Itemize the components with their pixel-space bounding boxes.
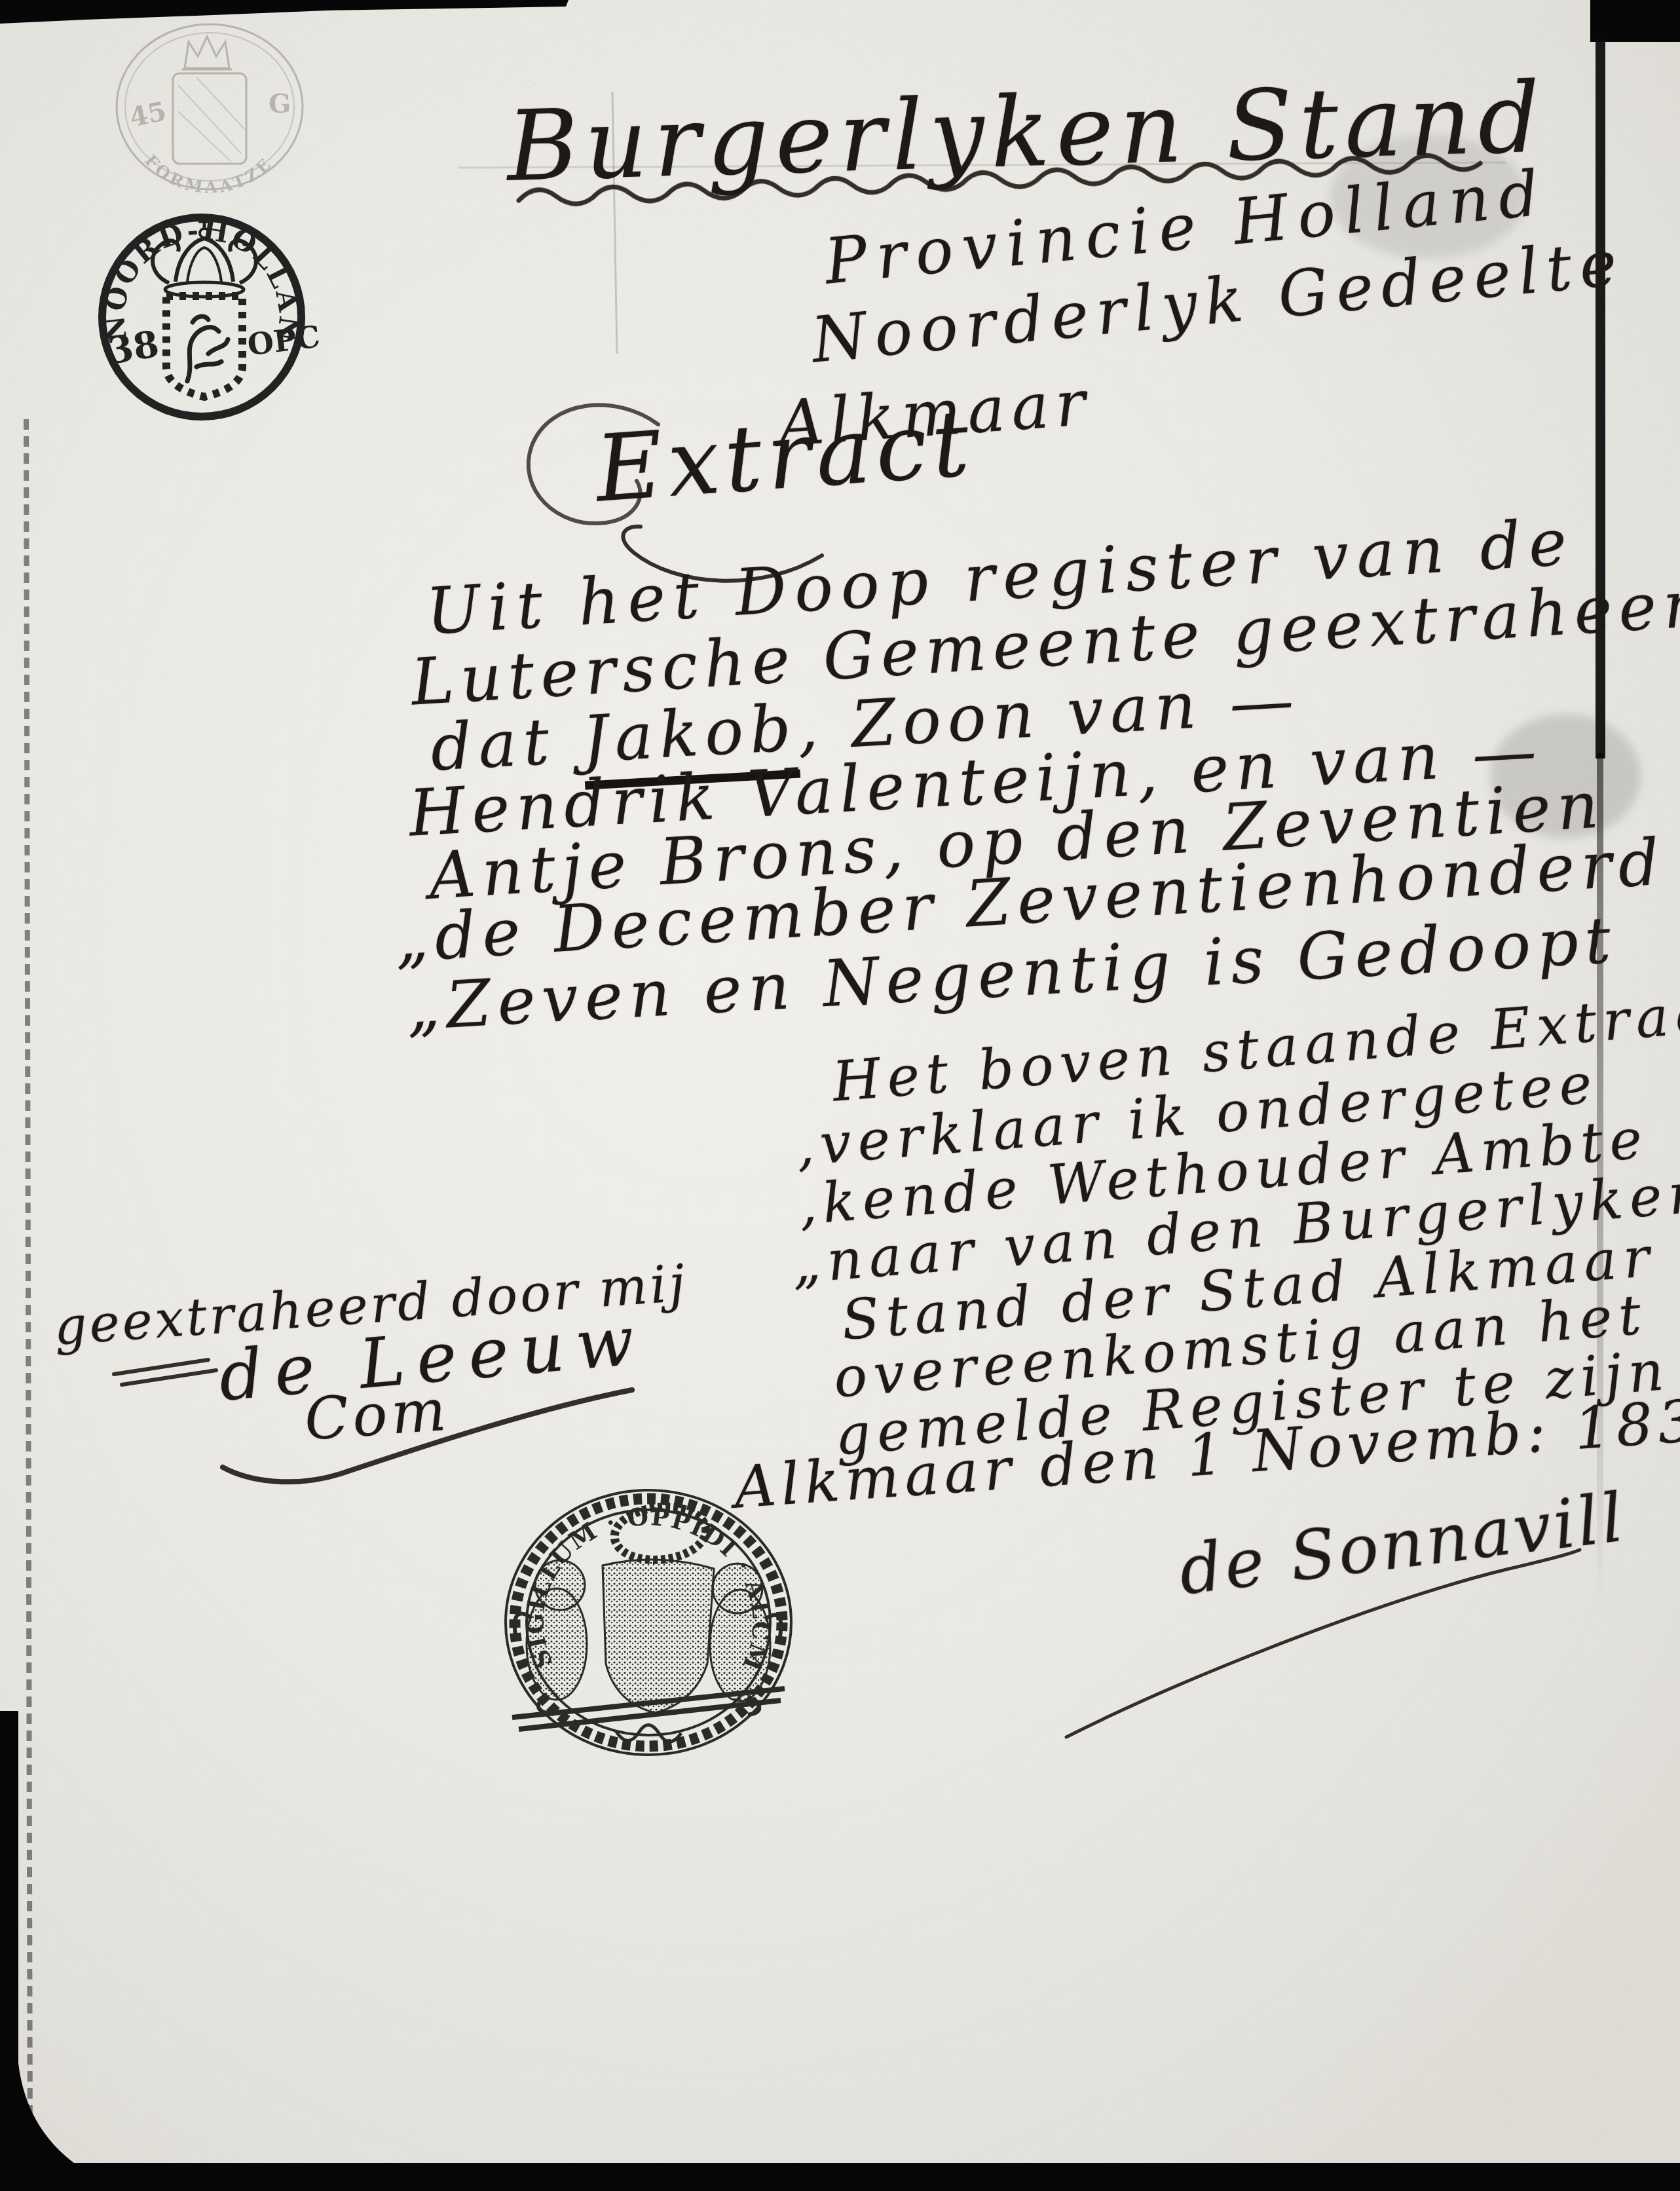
section-heading-extract: Extract — [593, 398, 977, 516]
margin-note-double-dash — [114, 1360, 216, 1385]
svg-text:FORMAATZEGEL: FORMAATZEGEL — [0, 0, 276, 197]
scan-edge-top-right-corner — [1590, 0, 1680, 42]
seal-shield-icon — [603, 1560, 714, 1713]
seal-wreath-icon — [612, 1503, 709, 1564]
revenue-stamp-right-value: OPC — [246, 318, 322, 362]
revenue-stamp-left-value: 38 — [105, 322, 162, 373]
seal-ribbon-squiggle — [616, 1725, 681, 1742]
seal-rope-ring — [515, 1499, 782, 1746]
revenue-stamp-crown-icon — [153, 216, 256, 297]
margin-note-line-3: Com — [303, 1381, 451, 1449]
svg-text:NOORD-HOLLAND:: NOORD-HOLLAND: — [0, 0, 305, 346]
scan-edge-bottom-band — [0, 2163, 1680, 2191]
scan-edge-bottom-left-corner — [0, 2063, 128, 2191]
revenue-stamp-shield-icon — [166, 296, 242, 397]
seal-left-lion-icon — [515, 1560, 587, 1713]
embossed-format-stamp: 45 G FORMAATZEGEL — [0, 0, 303, 197]
official-signature: de Sonnavill — [1176, 1485, 1629, 1606]
embossed-stamp-left-value: 45 — [127, 96, 169, 134]
embossed-stamp-arc-text: FORMAATZEGEL — [0, 0, 276, 197]
seal-right-lion-icon — [710, 1564, 781, 1715]
scan-edge-right-line — [1596, 38, 1605, 758]
revenue-stamp-arc-text: NOORD-HOLLAND: — [0, 0, 305, 346]
scan-edge-top-left — [0, 0, 569, 24]
embossed-shield-icon — [173, 73, 246, 164]
noord-holland-revenue-stamp: NOORD-HOLLAND: 38 OPC — [0, 0, 322, 417]
scan-edge-left-band — [0, 1711, 18, 2191]
scan-edge-left-line — [26, 419, 30, 2162]
scanned-document-page: 45 G FORMAATZEGEL NOORD-HOLLAND: 38 OPC — [0, 0, 1680, 2191]
embossed-stamp-right-value: G — [269, 88, 291, 119]
embossed-crown-icon — [185, 37, 229, 68]
seal-ground-line — [512, 1689, 785, 1729]
